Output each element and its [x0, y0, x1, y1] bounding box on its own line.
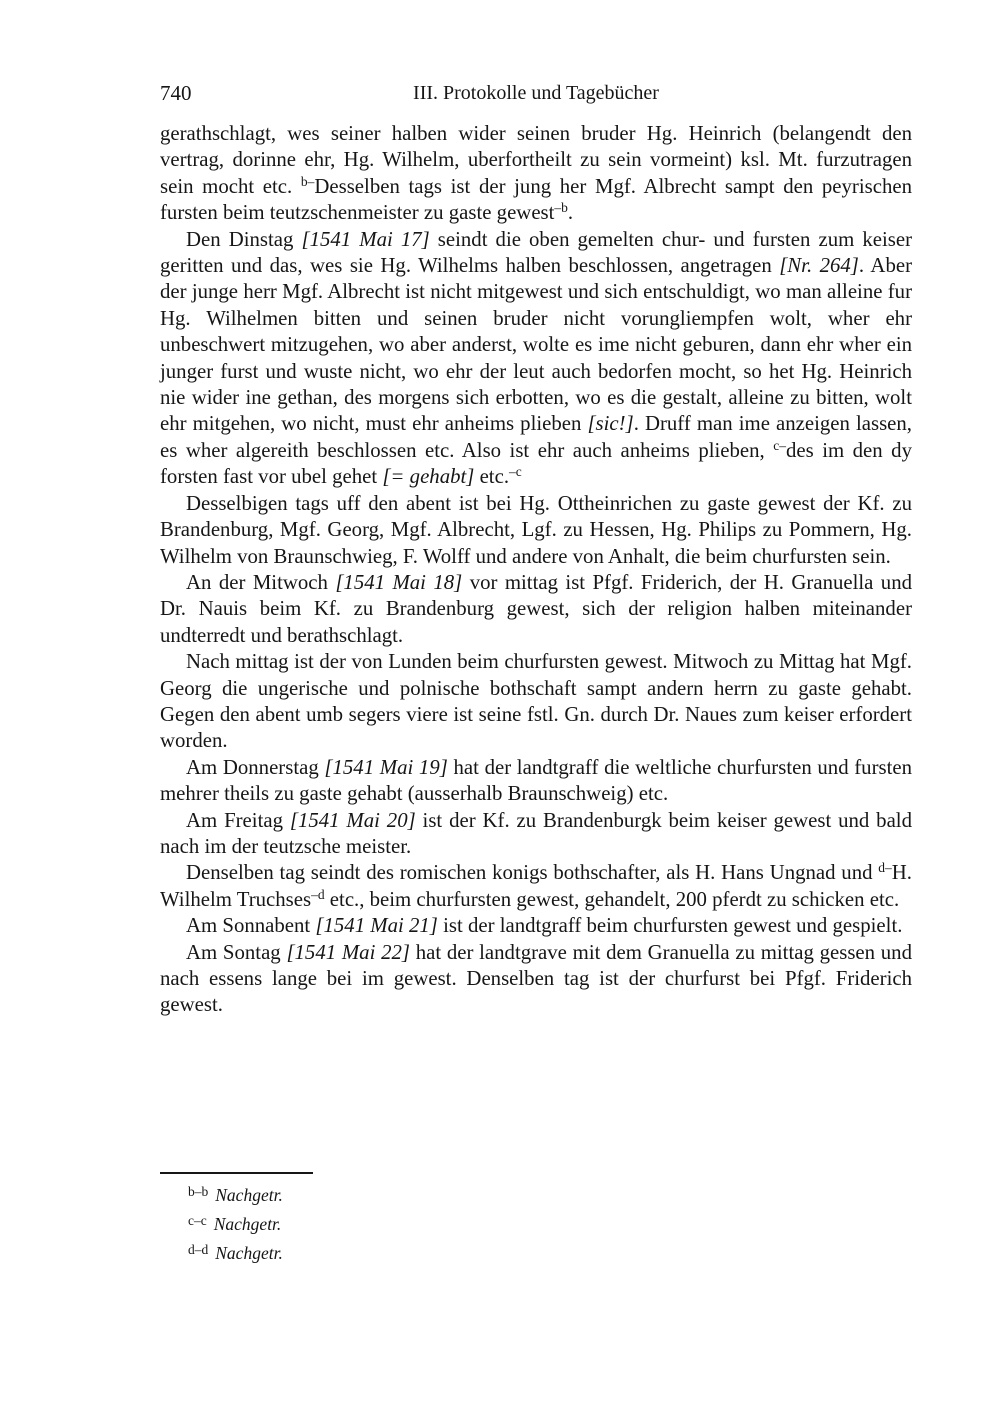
editorial-note: [= gehabt]	[382, 465, 474, 488]
editorial-note: [sic!]	[587, 412, 633, 435]
text-run: ist der landtgraff beim churfursten gewe…	[438, 914, 903, 937]
paragraph: An der Mitwoch [1541 Mai 18] vor mittag …	[160, 570, 912, 649]
editorial-note: [Nr. 264]	[779, 254, 859, 277]
paragraph: Desselbigen tags uff den abent ist bei H…	[160, 491, 912, 570]
footnote-section: b–bNachgetr.c–cNachgetr.d–dNachgetr.	[160, 1172, 912, 1266]
footnote-text: Nachgetr.	[215, 1243, 283, 1263]
footnote-label: c–c	[188, 1213, 207, 1228]
text-run: Den Dinstag	[186, 228, 302, 251]
footnote-item: b–bNachgetr.	[160, 1179, 912, 1208]
running-title: III. Protokolle und Tagebücher	[160, 80, 912, 106]
text-run: An der Mitwoch	[186, 571, 335, 594]
paragraph: Nach mittag ist der von Lunden beim chur…	[160, 649, 912, 755]
text-run: Desselbigen tags uff den abent ist bei H…	[160, 492, 912, 568]
apparatus-mark: d–	[878, 860, 892, 875]
text-block: 740 III. Protokolle und Tagebücher gerat…	[160, 80, 912, 1019]
page-header: 740 III. Protokolle und Tagebücher	[160, 80, 912, 106]
editorial-note: [1541 Mai 17]	[302, 228, 430, 251]
footnote-item: d–dNachgetr.	[160, 1237, 912, 1266]
editorial-note: [1541 Mai 18]	[335, 571, 462, 594]
book-page: 740 III. Protokolle und Tagebücher gerat…	[0, 0, 1004, 1418]
footnote-label: d–d	[188, 1242, 208, 1257]
paragraph: Am Sonnabent [1541 Mai 21] ist der landt…	[160, 913, 912, 939]
text-run: etc.	[474, 465, 509, 488]
body-text: gerathschlagt, wes seiner halben wider s…	[160, 121, 912, 1019]
text-run: etc., beim churfursten gewest, gehandelt…	[325, 888, 900, 911]
text-run: Am Freitag	[186, 809, 290, 832]
footnote-text: Nachgetr.	[215, 1185, 283, 1205]
footnote-label: b–b	[188, 1184, 208, 1199]
text-run: . Aber der junge herr Mgf. Albrecht ist …	[160, 254, 912, 435]
page-number: 740	[160, 80, 192, 106]
paragraph: gerathschlagt, wes seiner halben wider s…	[160, 121, 912, 227]
paragraph: Am Sontag [1541 Mai 22] hat der landtgra…	[160, 940, 912, 1019]
paragraph: Am Freitag [1541 Mai 20] ist der Kf. zu …	[160, 808, 912, 861]
paragraph: Denselben tag seindt des romischen konig…	[160, 860, 912, 913]
editorial-note: [1541 Mai 20]	[290, 809, 416, 832]
text-run: Denselben tag seindt des romischen konig…	[186, 861, 878, 884]
text-run: Am Donnerstag	[186, 756, 324, 779]
text-run: Am Sonnabent	[186, 914, 315, 937]
editorial-note: [1541 Mai 19]	[324, 756, 447, 779]
paragraph: Den Dinstag [1541 Mai 17] seindt die obe…	[160, 227, 912, 491]
apparatus-mark: –d	[311, 887, 325, 902]
footnote-list: b–bNachgetr.c–cNachgetr.d–dNachgetr.	[160, 1179, 912, 1266]
editorial-note: [1541 Mai 22]	[286, 941, 410, 964]
editorial-note: [1541 Mai 21]	[315, 914, 437, 937]
apparatus-mark: –b	[554, 200, 568, 215]
footnote-rule	[160, 1172, 313, 1174]
footnote-text: Nachgetr.	[214, 1214, 282, 1234]
apparatus-mark: c–	[773, 438, 786, 453]
apparatus-mark: –c	[509, 464, 522, 479]
text-run: Am Sontag	[186, 941, 286, 964]
apparatus-mark: b–	[301, 174, 315, 189]
text-run: Nach mittag ist der von Lunden beim chur…	[160, 650, 912, 752]
paragraph: Am Donnerstag [1541 Mai 19] hat der land…	[160, 755, 912, 808]
footnote-item: c–cNachgetr.	[160, 1208, 912, 1237]
text-run: .	[568, 201, 573, 224]
